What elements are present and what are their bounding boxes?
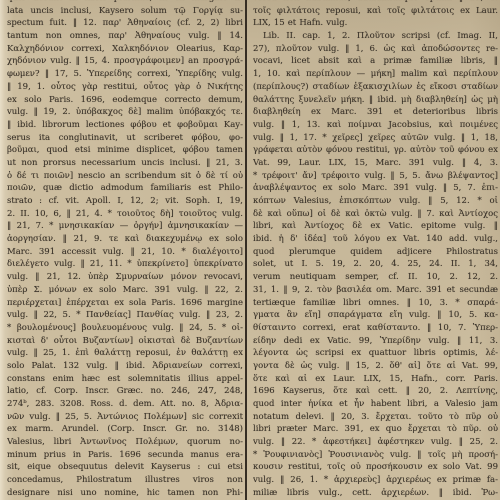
text-line: θαλάττης ξυνελεῖν μήκη. ‖ ibid. μὴ διαβλ… xyxy=(253,94,498,107)
text-line: verum neutiquam semper, cf. II. 10, 2. 1… xyxy=(253,271,498,284)
text-line: vulg. ‖ 26, 1. * ἀρχιερεὺς] ἀρχιερέως ex… xyxy=(253,474,498,487)
text-line: ποιῶν, quæ dictio admodum familiaris est… xyxy=(7,182,243,195)
column-divider-rule xyxy=(245,0,247,500)
text-line: 1, 10. καὶ περίπλουν — μήκη] malim καὶ π… xyxy=(253,68,498,81)
text-line: 274ᵇ, 283. 3208. Ross. d. dem. Att. no. … xyxy=(7,398,243,411)
text-line: ex solo Paris. 1696, eodemque correcto d… xyxy=(7,94,243,107)
text-line: κόπτων Valesius, ἐπισκόπτων vulg. ‖ 5, 1… xyxy=(253,195,498,208)
right-partial-top-line: versu non habuimus, addidimusque optimi … xyxy=(253,0,498,5)
text-line: Valesius, libri Ἀντωνῖνος Πολέμων, quoru… xyxy=(7,436,243,449)
text-line: είδην dedi ex Vatic. 99, Ὑπερίδην vulg. … xyxy=(253,335,498,348)
text-line: χηδόνιον vulg. ‖ 15, 4. προσγράφοιμεν] a… xyxy=(7,55,243,68)
text-line: ὁ δέ τι ποιῶν] nescio an scribendum sit … xyxy=(7,170,243,183)
text-line: vocavi, licet absit καὶ a primæ familiæ … xyxy=(253,55,498,68)
text-line: 27), πλοῦτον vulg. ‖ 1, 6. ὡς καὶ ἀποδώσ… xyxy=(253,43,498,56)
text-line: solet, ut I. 5. 19, 2. 20, 4. 25, 24. II… xyxy=(253,258,498,271)
text-line: λέγοντα ὡς scripsi ex quattuor libris op… xyxy=(253,347,498,360)
text-line: ‖ ibid. librorum lectiones φόβου et φοβο… xyxy=(7,119,243,132)
text-line: 1696 Kayserus, ὅτε καὶ cett. ‖ 20, 2. Λε… xyxy=(253,385,498,398)
text-line: διελέγετο vulg. ‖ 21, 11. * ὑπεκρίνετο] … xyxy=(7,258,243,271)
text-line: ‖ 21, 7. * μνησικακίαν — ὀργήν] ἀμνησικα… xyxy=(7,220,243,233)
text-line: 2. II. 10, 6, ‖ 21, 4. * τοιοῦτος δὴ] το… xyxy=(7,208,243,221)
text-line: ex marm. Arundel. (Corp. Inscr. Gr. no. … xyxy=(7,423,243,436)
text-line: tertiæque familiæ libri omnes. ‖ 10, 3. … xyxy=(253,297,498,310)
text-line: τοῖς φιλτάτοις reposui, καὶ τοῖς φιλτάτο… xyxy=(253,5,498,18)
text-line: ibid. ἡ δ' ἰδέα] τοῦ λόγου ex Vat. 140 a… xyxy=(253,233,498,246)
text-line: Marc. 391 accessit vulg. ‖ 21, 10. * δια… xyxy=(7,246,243,259)
text-line: Vat. 99, Laur. LIX, 15, Marc. 391 vulg. … xyxy=(253,157,498,170)
text-line: κουσιν restitui, τοῖς οὐ προσήκουσιν ex … xyxy=(253,461,498,474)
text-line: διαβληθείη ex Marc. 391 et deterioribus … xyxy=(253,106,498,119)
text-line: γματα ἂν εἴη] σπαράγματα εἴη vulg. ‖ 10,… xyxy=(253,309,498,322)
text-line: quod inter ἡνίκα et ἦν habent libri, a V… xyxy=(253,398,498,411)
text-line: περιέρχεται] ἐπέρχεται ex sola Paris. 16… xyxy=(7,297,243,310)
text-line: concedamus, Philostratum illustres viros… xyxy=(7,474,243,487)
text-line: vulg. ‖ 1, 13. καὶ ποίμναι Jacobsius, κα… xyxy=(253,119,498,132)
right-lines-container: τοῖς φιλτάτοις reposui, καὶ τοῖς φιλτάτο… xyxy=(253,5,498,500)
text-line: νῶν vulg. ‖ 25, 5. Ἀντώνιος Πολέμων] sic… xyxy=(7,411,243,424)
text-line: φωμεν? ‖ 17, 5. Ὑπερείδης correxi, Ὑπερί… xyxy=(7,68,243,81)
text-line: notatum delevi. ‖ 20, 3. ἔρχεται. τοῦτο … xyxy=(253,411,498,424)
text-line: miliæ libris vulg., cett. ἀρχιερέων. ‖ i… xyxy=(253,487,498,500)
text-line: ‖ 19, 1. οὗτος γὰρ restitui, οὗτος γὰρ ὁ… xyxy=(7,81,243,94)
text-line: vulg. ‖ 22, 5. * Πανθείας] Πανθίας vulg.… xyxy=(7,309,243,322)
text-line: vulg. ‖ 25, 1. ἐπὶ θαλάττῃ reposui, ἐν θ… xyxy=(7,347,243,360)
left-partial-top-line: quæ desunt in libris plurimis, in ex mar… xyxy=(7,0,243,5)
text-line: libri præter Marc. 391, ex quo ἔρχεται τ… xyxy=(253,423,498,436)
text-line: Lib. II. cap. 1, 2. Πλοῦτον scripsi (cf.… xyxy=(253,30,498,43)
text-line: (περίπλους?) σταδίων ἑξακισχιλίων ἐς εἴκ… xyxy=(253,81,498,94)
text-line: γράφεται αὐτὸν φόνου restitui, γρ. αὐτὸν… xyxy=(253,144,498,157)
text-line: tantum non omnes, παρ' Ἀθηναίους vulg. ‖… xyxy=(7,30,243,43)
text-line: libri, καὶ Ἀντίοχος δὲ ex Vatic. epitome… xyxy=(253,220,498,233)
text-line: vulg. ‖ 22. * ἀφεστήκει] ἀφέστηκεν vulg.… xyxy=(253,436,498,449)
text-line: vulg. ‖ 1, 17. * χεῖρες] χεῖρες αὐτῶν vu… xyxy=(253,132,498,145)
text-line: κισταὶ δ' οὗτοι Βυζαντίων] οἰκισταὶ δὲ Β… xyxy=(7,335,243,348)
text-line: 31, 1. ‖ 9, 2. τὸν βασιλέα om. Marc. 391… xyxy=(253,284,498,297)
text-line: * βουλομένους] βουλευομένους vulg. ‖ 24,… xyxy=(7,322,243,335)
text-line: * Ῥουφινιανὸς] Ῥουσινιανὸς vulg. ‖ τοῖς … xyxy=(253,449,498,462)
text-line: spectum fuit. ‖ 12. παρ' Ἀθηναίοις (cf. … xyxy=(7,17,243,30)
text-line: constans enim hæc est solemnitatis illiu… xyxy=(7,373,243,386)
right-text-column: versu non habuimus, addidimusque optimi … xyxy=(253,0,498,500)
left-lines-container: lata uncis inclusi, Kaysero solum τῷ Γορ… xyxy=(7,5,243,500)
text-line: ἀοργησίαν. ‖ 21, 9. τε καὶ διακεχυμένῳ e… xyxy=(7,233,243,246)
text-line: ὅτε καὶ αἱ ex Laur. LIX, 15, Hafn., corr… xyxy=(253,373,498,386)
text-line: solo Palat. 132 vulg. ‖ ibid. Ἀδριανείων… xyxy=(7,360,243,373)
left-text-column: quæ desunt in libris plurimis, in ex mar… xyxy=(7,0,243,500)
text-line: vulg. ‖ 19, 2. ὑπόβακχος δὲ] malim ὑπόβα… xyxy=(7,106,243,119)
text-line: θίσταιντο correxi, erat καθίσταντο. ‖ 10… xyxy=(253,322,498,335)
text-line: ut non prorsus necessarium uncis inclusi… xyxy=(7,157,243,170)
text-line: latio, cf. Corp. Inscr. Græc. no. 246, 2… xyxy=(7,385,243,398)
text-line: lata uncis inclusi, Kaysero solum τῷ Γορ… xyxy=(7,5,243,18)
text-line: ἀναβλέψαντος ex solo Marc. 391 vulg. ‖ 5… xyxy=(253,182,498,195)
text-line: designare nisi uno nomine, hic tamen non… xyxy=(7,487,243,500)
text-line: serus ita conglutinavit, ut scriberet φό… xyxy=(7,132,243,145)
text-line: γοντα δὲ ὡς vulg. ‖ 15, 2. ὅθ' αἱ] ὅτε α… xyxy=(253,360,498,373)
text-line: δὲ καὶ οὕπω] οἱ δὲ καὶ ὀκτὼ vulg. ‖ 7. κ… xyxy=(253,208,498,221)
text-line: strato : cf. vit. Apoll. I, 12, 2; vit. … xyxy=(7,195,243,208)
text-line: ὑπὲρ Σ. μόνων ex solo Marc. 391 vulg. ‖ … xyxy=(7,284,243,297)
text-line: quod plerumque quidem adjicere Philostra… xyxy=(253,246,498,259)
text-line: sit, eique obsequutus delevit Kayserus :… xyxy=(7,461,243,474)
text-line: minum prius in Paris. 1696 secunda manus… xyxy=(7,449,243,462)
text-line: Καλχηδόνιον correxi, Χαλκηδόνιον Oleariu… xyxy=(7,43,243,56)
book-page-scan: quæ desunt in libris plurimis, in ex mar… xyxy=(0,0,500,500)
text-line: vulg. ‖ 21, 12. ὑπὲρ Σμυρναίων μόνον rev… xyxy=(7,271,243,284)
text-line: βοῦμαι, quod etsi minime displicet, φόβο… xyxy=(7,144,243,157)
text-line: * τρέφοιτ' ἄν] τρέφοιτο vulg. ‖ 5, 5. ἄν… xyxy=(253,170,498,183)
text-line: LIX, 15 et Hafn. vulg. xyxy=(253,17,498,30)
